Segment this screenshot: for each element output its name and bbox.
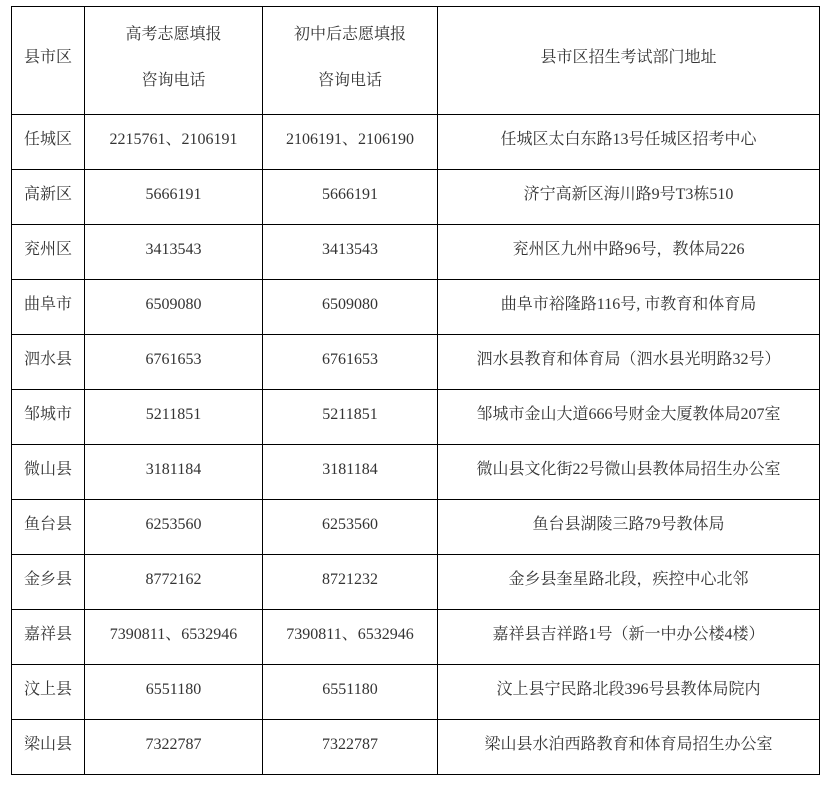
district-cell: 微山县 — [12, 445, 85, 500]
district-cell: 泗水县 — [12, 335, 85, 390]
gaokao-phone-cell: 5211851 — [85, 390, 263, 445]
address-cell: 汶上县宁民路北段396号县教体局院内 — [438, 665, 820, 720]
district-cell: 邹城市 — [12, 390, 85, 445]
table-row: 汶上县65511806551180汶上县宁民路北段396号县教体局院内 — [12, 665, 820, 720]
address-cell: 微山县文化街22号微山县教体局招生办公室 — [438, 445, 820, 500]
post-junior-phone-cell: 3181184 — [263, 445, 438, 500]
table-row: 曲阜市65090806509080曲阜市裕隆路116号, 市教育和体育局 — [12, 280, 820, 335]
gaokao-phone-cell: 3181184 — [85, 445, 263, 500]
post-junior-phone-cell: 2106191、2106190 — [263, 115, 438, 170]
district-cell: 梁山县 — [12, 720, 85, 775]
header-row: 县市区 高考志愿填报 咨询电话 初中后志愿填报 咨询电话 县市区招生考试部门地址 — [12, 7, 820, 115]
post-junior-phone-cell: 6509080 — [263, 280, 438, 335]
address-cell: 任城区太白东路13号任城区招考中心 — [438, 115, 820, 170]
post-junior-phone-cell: 7390811、6532946 — [263, 610, 438, 665]
address-cell: 鱼台县湖陵三路79号教体局 — [438, 500, 820, 555]
address-cell: 梁山县水泊西路教育和体育局招生办公室 — [438, 720, 820, 775]
table-row: 梁山县73227877322787梁山县水泊西路教育和体育局招生办公室 — [12, 720, 820, 775]
col-header-gaokao-line2: 咨询电话 — [89, 71, 258, 91]
table-row: 微山县31811843181184微山县文化街22号微山县教体局招生办公室 — [12, 445, 820, 500]
post-junior-phone-cell: 8721232 — [263, 555, 438, 610]
table-body: 任城区2215761、21061912106191、2106190任城区太白东路… — [12, 115, 820, 775]
table-row: 任城区2215761、21061912106191、2106190任城区太白东路… — [12, 115, 820, 170]
address-cell: 泗水县教育和体育局（泗水县光明路32号） — [438, 335, 820, 390]
district-cell: 高新区 — [12, 170, 85, 225]
gaokao-phone-cell: 8772162 — [85, 555, 263, 610]
address-cell: 金乡县奎星路北段，疾控中心北邻 — [438, 555, 820, 610]
post-junior-phone-cell: 6551180 — [263, 665, 438, 720]
district-cell: 汶上县 — [12, 665, 85, 720]
table-row: 邹城市52118515211851邹城市金山大道666号财金大厦教体局207室 — [12, 390, 820, 445]
table-row: 高新区56661915666191济宁高新区海川路9号T3栋510 — [12, 170, 820, 225]
post-junior-phone-cell: 3413543 — [263, 225, 438, 280]
col-header-gaokao-phone: 高考志愿填报 咨询电话 — [85, 7, 263, 115]
table-header: 县市区 高考志愿填报 咨询电话 初中后志愿填报 咨询电话 县市区招生考试部门地址 — [12, 7, 820, 115]
col-header-address: 县市区招生考试部门地址 — [438, 7, 820, 115]
table-row: 金乡县87721628721232金乡县奎星路北段，疾控中心北邻 — [12, 555, 820, 610]
district-cell: 兖州区 — [12, 225, 85, 280]
col-header-post-junior-line2: 咨询电话 — [267, 71, 433, 91]
address-cell: 兖州区九州中路96号，教体局226 — [438, 225, 820, 280]
district-cell: 曲阜市 — [12, 280, 85, 335]
district-cell: 鱼台县 — [12, 500, 85, 555]
district-cell: 任城区 — [12, 115, 85, 170]
district-cell: 金乡县 — [12, 555, 85, 610]
gaokao-phone-cell: 6551180 — [85, 665, 263, 720]
district-cell: 嘉祥县 — [12, 610, 85, 665]
address-cell: 嘉祥县吉祥路1号（新一中办公楼4楼） — [438, 610, 820, 665]
table-row: 鱼台县62535606253560鱼台县湖陵三路79号教体局 — [12, 500, 820, 555]
table-row: 兖州区34135433413543兖州区九州中路96号，教体局226 — [12, 225, 820, 280]
address-cell: 济宁高新区海川路9号T3栋510 — [438, 170, 820, 225]
col-header-post-junior-phone: 初中后志愿填报 咨询电话 — [263, 7, 438, 115]
col-header-post-junior-line1: 初中后志愿填报 — [267, 25, 433, 45]
gaokao-phone-cell: 2215761、2106191 — [85, 115, 263, 170]
post-junior-phone-cell: 7322787 — [263, 720, 438, 775]
gaokao-phone-cell: 6509080 — [85, 280, 263, 335]
post-junior-phone-cell: 5666191 — [263, 170, 438, 225]
col-header-gaokao-line1: 高考志愿填报 — [89, 25, 258, 45]
address-cell: 邹城市金山大道666号财金大厦教体局207室 — [438, 390, 820, 445]
gaokao-phone-cell: 6761653 — [85, 335, 263, 390]
gaokao-phone-cell: 3413543 — [85, 225, 263, 280]
gaokao-phone-cell: 7390811、6532946 — [85, 610, 263, 665]
post-junior-phone-cell: 6253560 — [263, 500, 438, 555]
address-cell: 曲阜市裕隆路116号, 市教育和体育局 — [438, 280, 820, 335]
gaokao-phone-cell: 6253560 — [85, 500, 263, 555]
post-junior-phone-cell: 6761653 — [263, 335, 438, 390]
page-body: 县市区 高考志愿填报 咨询电话 初中后志愿填报 咨询电话 县市区招生考试部门地址… — [0, 0, 827, 775]
gaokao-phone-cell: 7322787 — [85, 720, 263, 775]
post-junior-phone-cell: 5211851 — [263, 390, 438, 445]
gaokao-phone-cell: 5666191 — [85, 170, 263, 225]
table-row: 泗水县67616536761653泗水县教育和体育局（泗水县光明路32号） — [12, 335, 820, 390]
col-header-district: 县市区 — [12, 7, 85, 115]
contact-phone-table: 县市区 高考志愿填报 咨询电话 初中后志愿填报 咨询电话 县市区招生考试部门地址… — [11, 6, 820, 775]
table-row: 嘉祥县7390811、65329467390811、6532946嘉祥县吉祥路1… — [12, 610, 820, 665]
